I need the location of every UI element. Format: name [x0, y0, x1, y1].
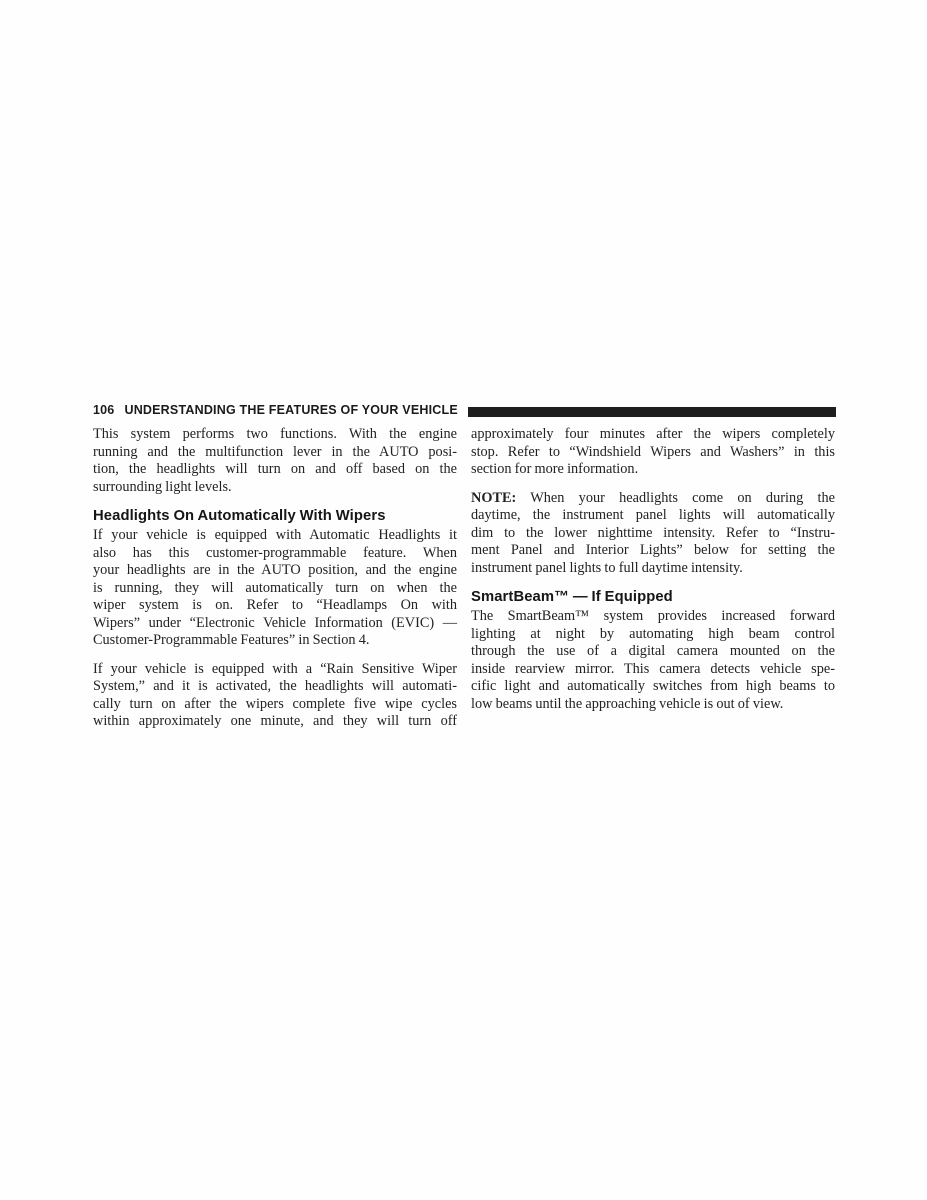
paragraph-wipers-stop: approximately four minutes after the wip…: [471, 426, 835, 479]
text-line: instrument panel lights to full daytime …: [471, 560, 835, 578]
paragraph-headlights-wipers: If your vehicle is equipped with Automat…: [93, 527, 457, 650]
text-line: dim to the lower nighttime intensity. Re…: [471, 525, 835, 543]
header-bar: [468, 407, 836, 417]
paragraph-rain-sensitive: If your vehicle is equipped with a “Rain…: [93, 661, 457, 731]
text-line: low beams until the approaching vehicle …: [471, 696, 835, 714]
text-line: running and the multifunction lever in t…: [93, 444, 457, 462]
text-line: The SmartBeam™ system provides increased…: [471, 608, 835, 626]
page-header: 106 UNDERSTANDING THE FEATURES OF YOUR V…: [93, 403, 836, 417]
text-line: ment Panel and Interior Lights” below fo…: [471, 542, 835, 560]
text-line: tion, the headlights will turn on and of…: [93, 461, 457, 479]
note-label: NOTE:: [471, 490, 516, 506]
text-line: within approximately one minute, and the…: [93, 713, 457, 731]
text-line: daytime, the instrument panel lights wil…: [471, 507, 835, 525]
two-column-layout: This system performs two functions. With…: [93, 426, 836, 731]
section-heading-headlights-wipers: Headlights On Automatically With Wipers: [93, 507, 457, 525]
note-rest-lines: daytime, the instrument panel lights wil…: [471, 507, 835, 577]
text-line: also has this customer-programmable feat…: [93, 545, 457, 563]
text-line: stop. Refer to “Windshield Wipers and Wa…: [471, 444, 835, 462]
text-line: This system performs two functions. With…: [93, 426, 457, 444]
paragraph-auto-headlights: This system performs two functions. With…: [93, 426, 457, 496]
text-line: If your vehicle is equipped with Automat…: [93, 527, 457, 545]
text-line: wiper system is on. Refer to “Headlamps …: [93, 597, 457, 615]
right-column: approximately four minutes after the wip…: [471, 426, 835, 731]
page-number: 106: [93, 403, 114, 417]
paragraph-smartbeam: The SmartBeam™ system provides increased…: [471, 608, 835, 713]
text-line: surrounding light levels.: [93, 479, 457, 497]
text-line: System,” and it is activated, the headli…: [93, 678, 457, 696]
text-line: Customer-Programmable Features” in Secti…: [93, 632, 457, 650]
header-title: UNDERSTANDING THE FEATURES OF YOUR VEHIC…: [124, 403, 457, 417]
manual-page: 106 UNDERSTANDING THE FEATURES OF YOUR V…: [0, 0, 927, 1200]
section-heading-smartbeam: SmartBeam™ — If Equipped: [471, 588, 835, 606]
text-line: cific light and automatically switches f…: [471, 678, 835, 696]
text-line: is running, they will automatically turn…: [93, 580, 457, 598]
text-line: If your vehicle is equipped with a “Rain…: [93, 661, 457, 679]
note-paragraph: NOTE: When your headlights come on durin…: [471, 490, 835, 578]
text-line: inside rearview mirror. This camera dete…: [471, 661, 835, 679]
text-line: Wipers” under “Electronic Vehicle Inform…: [93, 615, 457, 633]
text-line: cally turn on after the wipers complete …: [93, 696, 457, 714]
left-column: This system performs two functions. With…: [93, 426, 457, 731]
text-line: through the use of a digital camera moun…: [471, 643, 835, 661]
text-line: lighting at night by automating high bea…: [471, 626, 835, 644]
text-line: section for more information.: [471, 461, 835, 479]
text-line: approximately four minutes after the wip…: [471, 426, 835, 444]
note-first-line: NOTE: When your headlights come on durin…: [471, 490, 835, 508]
note-first-line-text: When your headlights come on during the: [530, 490, 835, 506]
text-line: your headlights are in the AUTO position…: [93, 562, 457, 580]
